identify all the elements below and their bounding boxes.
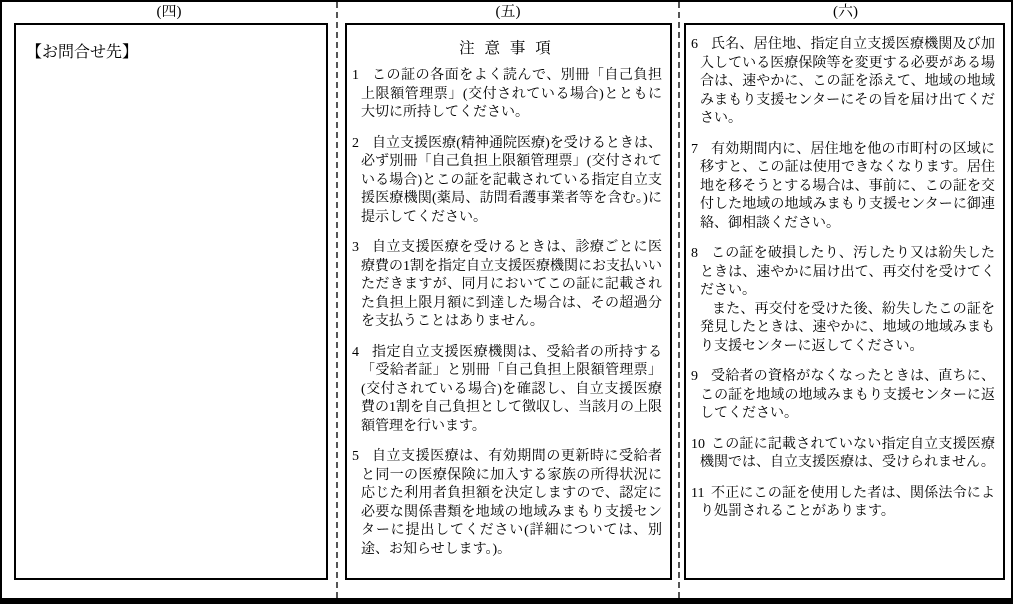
- note-item-4: 4 指定自立支援医療機関は、受給者の所持する「受給者証」と別冊「自己負担上限額管…: [351, 344, 662, 437]
- column-6: (六) 6 氏名、居住地、指定自立支援医療機関及び加入している医療保険等を変更す…: [680, 2, 1011, 598]
- note-item-7-text: 有効期間内に、居住地を他の市町村の区域に移すと、この証は使用できなくなります。居…: [700, 141, 995, 234]
- note-item-5-number: 5: [352, 448, 359, 467]
- note-item-9-text: 受給者の資格がなくなったときは、直ちに、この証を地域の地域みまもり支援センターに…: [700, 368, 995, 424]
- note-item-3-text: 自立支援医療を受けるときは、診療ごとに医療費の1割を指定自立支援医療機関にお支払…: [361, 239, 662, 332]
- note-item-4-text: 指定自立支援医療機関は、受給者の所持する「受給者証」と別冊「自己負担上限額管理票…: [361, 344, 662, 437]
- column-6-header: (六): [680, 2, 1011, 23]
- notes-title: 注 意 事 項: [351, 36, 662, 58]
- note-item-1-text: この証の各面をよく読んで、別冊「自己負担上限額管理票」(交付されている場合)とと…: [361, 67, 662, 123]
- note-item-8-number: 8: [691, 245, 698, 264]
- note-item-7: 7 有効期間内に、居住地を他の市町村の区域に移すと、この証は使用できなくなります…: [690, 141, 995, 234]
- column-5: (五) 注 意 事 項 1 この証の各面をよく読んで、別冊「自己負担上限額管理票…: [338, 2, 680, 598]
- column-5-header: (五): [338, 2, 678, 23]
- note-item-6: 6 氏名、居住地、指定自立支援医療機関及び加入している医療保険等を変更する必要が…: [690, 36, 995, 129]
- note-item-5: 5 自立支援医療は、有効期間の更新時に受給者と同一の医療保険に加入する家族の所得…: [351, 448, 662, 559]
- note-item-9: 9 受給者の資格がなくなったときは、直ちに、この証を地域の地域みまもり支援センタ…: [690, 368, 995, 424]
- column-4-header: (四): [2, 2, 336, 23]
- contact-box: 【お問合せ先】: [14, 23, 328, 580]
- note-item-7-number: 7: [691, 141, 698, 160]
- note-item-2-number: 2: [352, 135, 359, 154]
- note-item-8-text-2: また、再交付を受けた後、紛失したこの証を発見したときは、速やかに、地域の地域みま…: [700, 301, 995, 357]
- note-item-11-number: 11: [691, 485, 704, 504]
- note-item-3-number: 3: [352, 239, 359, 258]
- note-item-5-text: 自立支援医療は、有効期間の更新時に受給者と同一の医療保険に加入する家族の所得状況…: [361, 448, 662, 559]
- contact-label: 【お問合せ先】: [26, 39, 316, 62]
- note-item-11: 11 不正にこの証を使用した者は、関係法令により処罰されることがあります。: [690, 485, 995, 522]
- note-item-1-number: 1: [352, 67, 359, 86]
- note-item-10: 10 この証に記載されていない指定自立支援医療機関では、自立支援医療は、受けられ…: [690, 436, 995, 473]
- note-item-10-number: 10: [691, 436, 705, 455]
- column-4: (四) 【お問合せ先】: [2, 2, 338, 598]
- note-item-11-text: 不正にこの証を使用した者は、関係法令により処罰されることがあります。: [700, 485, 995, 522]
- notes-box-2: 6 氏名、居住地、指定自立支援医療機関及び加入している医療保険等を変更する必要が…: [684, 23, 1005, 580]
- note-item-3: 3 自立支援医療を受けるときは、診療ごとに医療費の1割を指定自立支援医療機関にお…: [351, 239, 662, 332]
- note-item-2: 2 自立支援医療(精神通院医療)を受けるときは、必ず別冊「自己負担上限額管理票」…: [351, 135, 662, 228]
- notes-box-1: 注 意 事 項 1 この証の各面をよく読んで、別冊「自己負担上限額管理票」(交付…: [345, 23, 672, 580]
- note-item-8-text: この証を破損したり、汚したり又は紛失したときは、速やかに届け出て、再交付を受けて…: [700, 245, 995, 301]
- note-item-10-text: この証に記載されていない指定自立支援医療機関では、自立支援医療は、受けられません…: [700, 436, 995, 473]
- note-item-6-text: 氏名、居住地、指定自立支援医療機関及び加入している医療保険等を変更する必要がある…: [700, 36, 995, 129]
- note-item-1: 1 この証の各面をよく読んで、別冊「自己負担上限額管理票」(交付されている場合)…: [351, 67, 662, 123]
- note-item-2-text: 自立支援医療(精神通院医療)を受けるときは、必ず別冊「自己負担上限額管理票」(交…: [361, 135, 662, 228]
- note-item-9-number: 9: [691, 368, 698, 387]
- certificate-back-page: (四) 【お問合せ先】 (五) 注 意 事 項 1 この証の各面をよく読んで、別…: [0, 0, 1013, 604]
- note-item-8: 8 この証を破損したり、汚したり又は紛失したときは、速やかに届け出て、再交付を受…: [690, 245, 995, 356]
- note-item-6-number: 6: [691, 36, 698, 55]
- note-item-4-number: 4: [352, 344, 359, 363]
